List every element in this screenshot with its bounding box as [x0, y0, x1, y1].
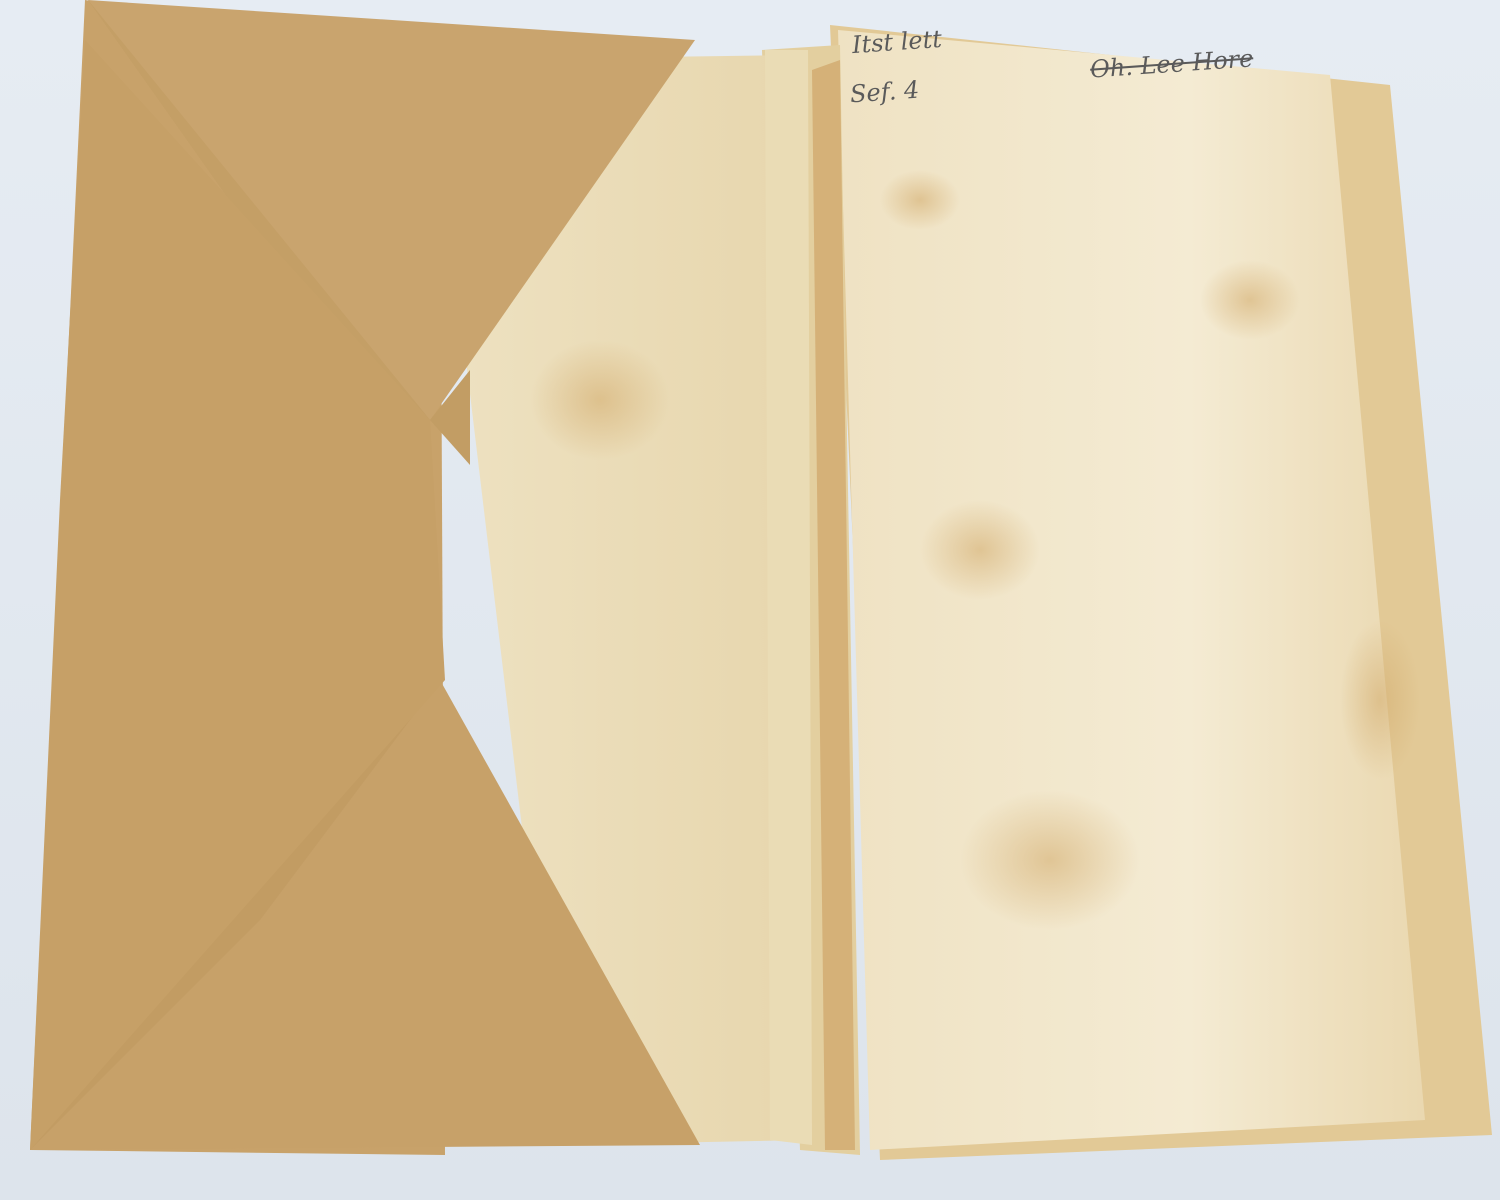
handwriting-line-2: Sef. 4: [849, 76, 920, 109]
book-photo: [0, 0, 1500, 1200]
